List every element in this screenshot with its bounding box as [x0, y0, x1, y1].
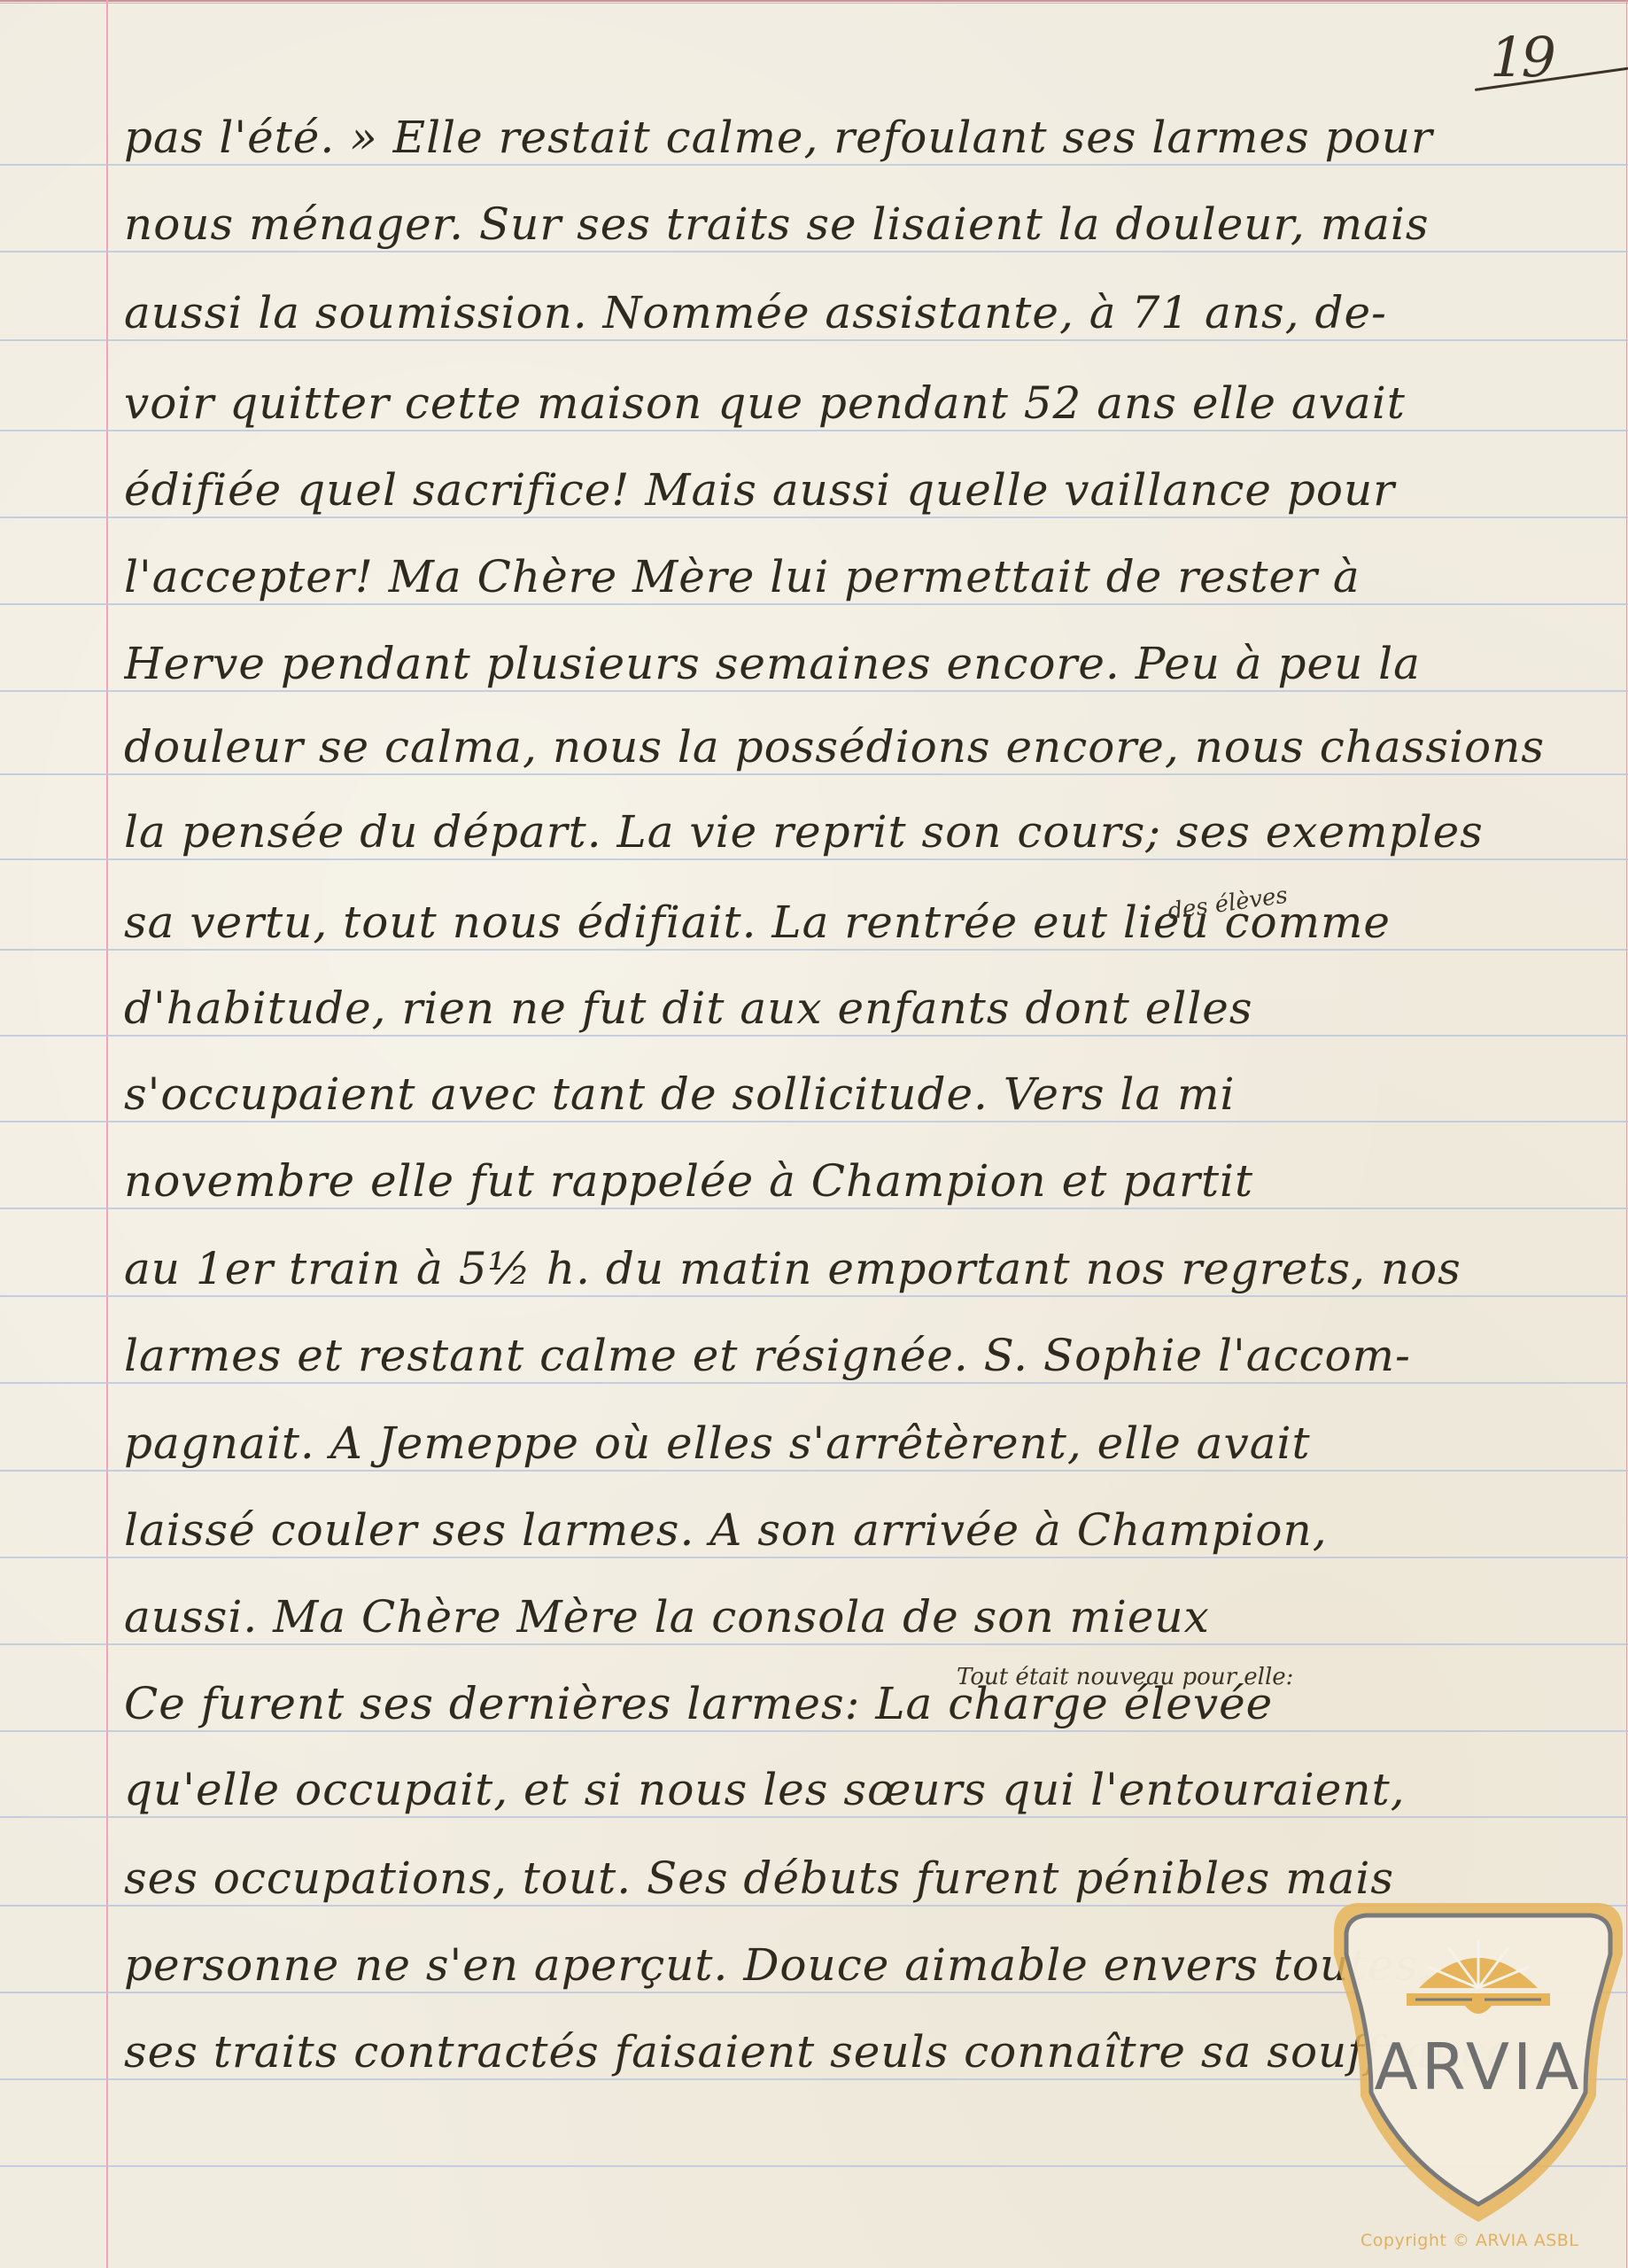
manuscript-line: douleur se calma, nous la possédions enc… [124, 711, 1594, 782]
manuscript-line: au 1er train à 5½ h. du matin emportant … [124, 1233, 1594, 1304]
interlinear-insertion: Tout était nouveau pour elle: [957, 1664, 1293, 1690]
manuscript-line: voir quitter cette maison que pendant 52… [124, 368, 1594, 439]
manuscript-line: aussi. Ma Chère Mère la consola de son m… [124, 1581, 1594, 1652]
manuscript-line: laissé couler ses larmes. A son arrivée … [124, 1495, 1594, 1565]
manuscript-line: novembre elle fut rappelée à Champion et… [124, 1146, 1594, 1216]
manuscript-line: nous ménager. Sur ses traits se lisaient… [124, 189, 1594, 260]
manuscript-line: Ce furent ses dernières larmes: La charg… [124, 1668, 1594, 1739]
manuscript-line: pagnait. A Jemeppe où elles s'arrêtèrent… [124, 1408, 1594, 1479]
manuscript-line: qu'elle occupait, et si nous les sœurs q… [124, 1754, 1594, 1825]
top-red-rule [0, 0, 1628, 4]
manuscript-line: aussi la soumission. Nommée assistante, … [124, 277, 1594, 348]
manuscript-line: pas l'été. » Elle restait calme, refoula… [124, 102, 1594, 173]
manuscript-line: édifiée quel sacrifice! Mais aussi quell… [124, 454, 1594, 525]
logo-text: ARVIA [1374, 2030, 1582, 2104]
copyright-notice: Copyright © ARVIA ASBL [1361, 2231, 1578, 2250]
manuscript-line: l'accepter! Ma Chère Mère lui permettait… [124, 541, 1594, 612]
manuscript-line: la pensée du départ. La vie reprit son c… [124, 796, 1594, 867]
manuscript-line: larmes et restant calme et résignée. S. … [124, 1320, 1594, 1391]
arvia-watermark-shield: ARVIA [1330, 1901, 1626, 2224]
manuscript-line: d'habitude, rien ne fut dit aux enfants … [124, 973, 1594, 1044]
shield-logo-icon: ARVIA [1330, 1901, 1626, 2224]
manuscript-line: Herve pendant plusieurs semaines encore.… [124, 628, 1594, 699]
manuscript-line: sa vertu, tout nous édifiait. La rentrée… [124, 887, 1594, 958]
manuscript-line: s'occupaient avec tant de sollicitude. V… [124, 1059, 1594, 1130]
